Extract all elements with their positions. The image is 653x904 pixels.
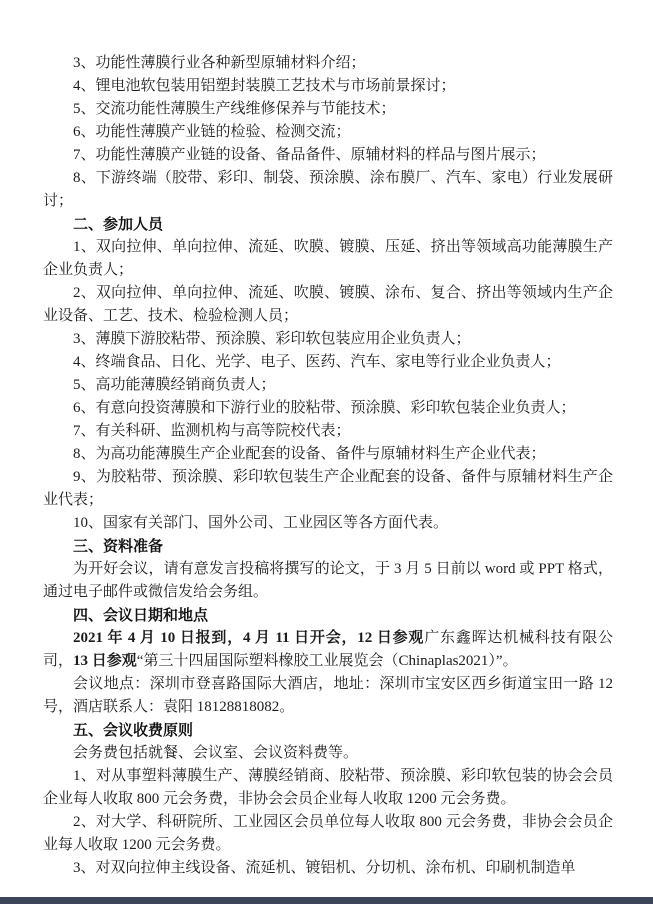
paragraph: 会务费包括就餐、会议室、会议资料费等。 (43, 742, 613, 765)
paragraph: 3、对双向拉伸主线设备、流延机、镀铝机、分切机、涂布机、印刷机制造单 (43, 857, 613, 880)
paragraph: 4、锂电池软包装用铝塑封装膜工艺技术与市场前景探讨； (43, 75, 613, 98)
paragraph: 2、双向拉伸、单向拉伸、流延、吹膜、镀膜、涂布、复合、挤出等领域内生产企业设备、… (43, 282, 613, 328)
paragraph: 5、交流功能性薄膜生产线维修保养与节能技术； (43, 98, 613, 121)
paragraph: 4、终端食品、日化、光学、电子、医药、汽车、家电等行业企业负责人； (43, 351, 613, 374)
document-body: 3、功能性薄膜行业各种新型原辅材料介绍；4、锂电池软包装用铝塑封装膜工艺技术与市… (43, 52, 613, 880)
bold-text-run: 13 日参观 (73, 653, 137, 669)
paragraph: 7、功能性薄膜产业链的设备、备品备件、原辅材料的样品与图片展示； (43, 144, 613, 167)
paragraph: 3、薄膜下游胶粘带、预涂膜、彩印软包装应用企业负责人； (43, 328, 613, 351)
paragraph: 9、为胶粘带、预涂膜、彩印软包装生产企业配套的设备、备件与原辅材料生产企业代表； (43, 466, 613, 512)
paragraph: 6、有意向投资薄膜和下游行业的胶粘带、预涂膜、彩印软包装企业负责人； (43, 397, 613, 420)
section-heading: 四、会议日期和地点 (43, 604, 613, 627)
paragraph: 为开好会议，请有意发言投稿将撰写的论文，于 3 月 5 日前以 word 或 P… (43, 558, 613, 604)
paragraph: 8、为高功能薄膜生产企业配套的设备、备件与原辅材料生产企业代表； (43, 443, 613, 466)
paragraph: 2、对大学、科研院所、工业园区会员单位每人收取 800 元会务费，非协会会员企业… (43, 811, 613, 857)
paragraph: 2021 年 4 月 10 日报到，4 月 11 日开会，12 日参观广东鑫晖达… (43, 627, 613, 673)
paragraph: 1、对从事塑料薄膜生产、薄膜经销商、胶粘带、预涂膜、彩印软包装的协会会员企业每人… (43, 765, 613, 811)
paragraph: 8、下游终端（胶带、彩印、制袋、预涂膜、涂布膜厂、汽车、家电）行业发展研讨； (43, 167, 613, 213)
paragraph: 6、功能性薄膜产业链的检验、检测交流； (43, 121, 613, 144)
paragraph: 7、有关科研、监测机构与高等院校代表； (43, 420, 613, 443)
section-heading: 二、参加人员 (43, 213, 613, 236)
text-run: “第三十四届国际塑料橡胶工业展览会（Chinaplas2021）”。 (137, 653, 518, 669)
paragraph: 3、功能性薄膜行业各种新型原辅材料介绍； (43, 52, 613, 75)
bold-text-run: 2021 年 4 月 10 日报到，4 月 11 日开会，12 日参观 (73, 630, 424, 646)
bottom-window-edge-bar (0, 897, 653, 904)
section-heading: 五、会议收费原则 (43, 719, 613, 742)
paragraph: 10、国家有关部门、国外公司、工业园区等各方面代表。 (43, 512, 613, 535)
paragraph: 会议地点：深圳市登喜路国际大酒店，地址：深圳市宝安区西乡街道宝田一路 12 号，… (43, 673, 613, 719)
document-page: 3、功能性薄膜行业各种新型原辅材料介绍；4、锂电池软包装用铝塑封装膜工艺技术与市… (0, 0, 653, 904)
section-heading: 三、资料准备 (43, 535, 613, 558)
paragraph: 5、高功能薄膜经销商负责人； (43, 374, 613, 397)
paragraph: 1、双向拉伸、单向拉伸、流延、吹膜、镀膜、压延、挤出等领域高功能薄膜生产企业负责… (43, 236, 613, 282)
